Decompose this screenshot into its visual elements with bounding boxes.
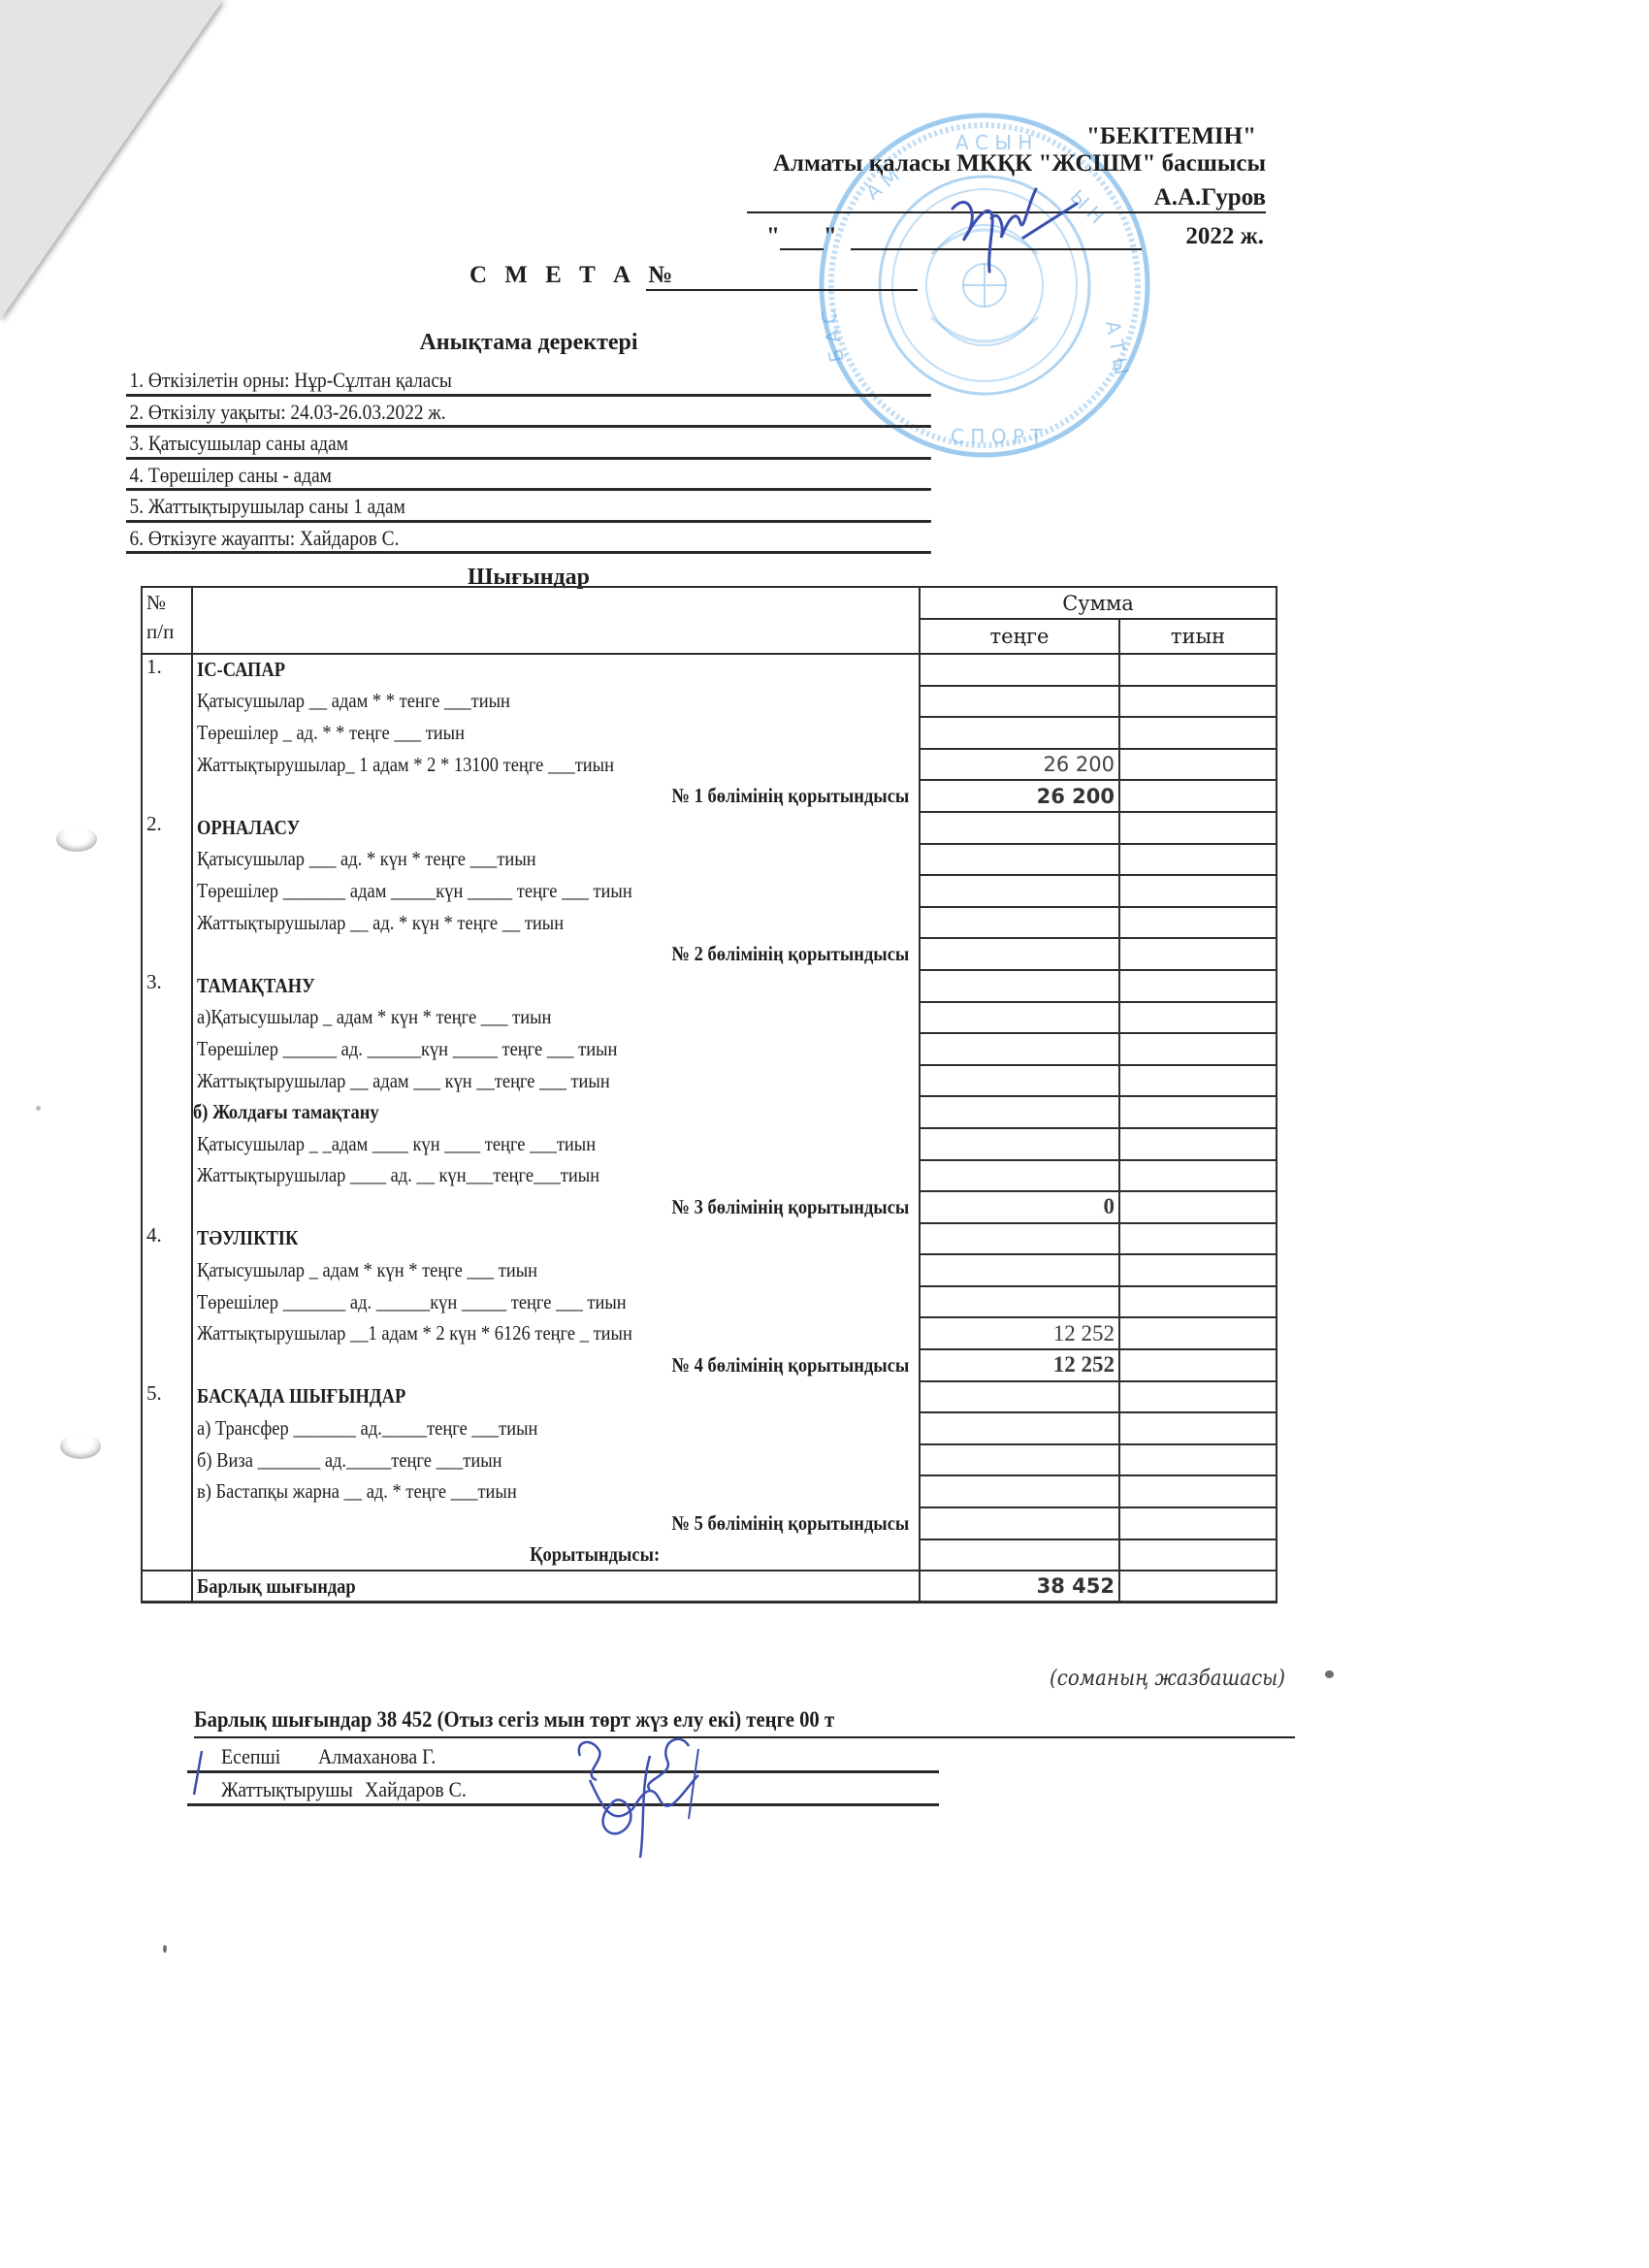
table-row: Төрешілер _______ адам _____күн _____ те… (142, 875, 1277, 907)
row-number: 2. (142, 812, 192, 844)
row-description: Жаттықтырушылар __ ад. * күн * теңге __ … (192, 907, 920, 939)
amount-tenge (920, 717, 1119, 749)
table-row: Жаттықтырушылар ____ ад. __ күн___теңге_… (142, 1160, 1277, 1192)
document-title: С М Е Т А № (469, 262, 678, 289)
table-row: Жаттықтырушылар __ ад. * күн * теңге __ … (142, 907, 1277, 939)
amount-tiyn (1119, 1286, 1277, 1318)
reference-item-coaches: 5. Жаттықтырушылар саны 1 адам (126, 491, 931, 523)
row-description: № 5 бөлімінің қорытындысы (192, 1507, 920, 1539)
signature-name: Хайдаров С. (365, 1777, 467, 1802)
reference-item-referees: 4. Төрешілер саны - адам (126, 460, 931, 492)
approval-director: А.А.Гуров (1154, 184, 1266, 211)
table-row: № 3 бөлімінің қорытындысы0 (142, 1191, 1277, 1223)
row-description: б) Виза _______ ад._____теңге ___тиын (192, 1444, 920, 1476)
row-description: ТӘУЛІКТІК (192, 1223, 920, 1255)
row-number: 3. (142, 970, 192, 1002)
table-row: Қатысушылар _ _адам ____ күн ____ теңге … (142, 1128, 1277, 1160)
amount-tenge (920, 844, 1119, 876)
approval-heading: "БЕКІТЕМІН" (1086, 119, 1256, 153)
amount-tiyn (1119, 1191, 1277, 1223)
date-quote-open: " (766, 223, 780, 250)
table-row: № 2 бөлімінің қорытындысы (142, 938, 1277, 970)
row-description: в) Бастапқы жарна __ ад. * теңге ___тиын (192, 1475, 920, 1507)
row-number (142, 1065, 192, 1097)
row-description: Төрешілер _______ адам _____күн _____ те… (192, 875, 920, 907)
grand-total-tenge: 38 452 (920, 1571, 1119, 1603)
row-description: № 3 бөлімінің қорытындысы (192, 1191, 920, 1223)
amount-tiyn (1119, 938, 1277, 970)
row-number (142, 1033, 192, 1065)
date-month-blank (851, 225, 1142, 250)
amount-tenge (920, 1065, 1119, 1097)
table-row: Жаттықтырушылар __ адам ___ күн __теңге … (142, 1065, 1277, 1097)
signature-role: Есепші (221, 1744, 280, 1769)
amount-tenge (920, 938, 1119, 970)
date-day-blank (780, 225, 824, 250)
reference-item-participants: 3. Қатысушылар саны адам (126, 428, 931, 460)
folded-page-corner (0, 0, 223, 320)
reference-item-place: 1. Өткізілетін орны: Нұр-Сұлтан қаласы (126, 365, 931, 397)
row-description: № 1 бөлімінің қорытындысы (192, 780, 920, 812)
table-row: Төрешілер ______ ад. ______күн _____ тең… (142, 1033, 1277, 1065)
amount-tiyn (1119, 780, 1277, 812)
amount-tiyn (1119, 1444, 1277, 1476)
amount-tiyn (1119, 1223, 1277, 1255)
signature-row-coach: Жаттықтырушы Хайдаров С. (187, 1775, 939, 1806)
amount-tenge (920, 1444, 1119, 1476)
table-row: б) Виза _______ ад._____теңге ___тиын (142, 1444, 1277, 1476)
header-sum: Сумма (920, 587, 1277, 619)
table-row: Төрешілер _______ ад. ______күн _____ те… (142, 1286, 1277, 1318)
table-row: Жаттықтырушылар __1 адам * 2 күн * 6126 … (142, 1317, 1277, 1349)
row-number (142, 1286, 192, 1318)
row-number (142, 1002, 192, 1034)
amount-tiyn (1119, 654, 1277, 686)
amount-tiyn (1119, 686, 1277, 718)
amount-tenge: 0 (920, 1191, 1119, 1223)
amount-tiyn (1119, 1475, 1277, 1507)
amount-tiyn (1119, 1349, 1277, 1381)
amount-tiyn (1119, 1128, 1277, 1160)
punch-hole-bottom (60, 1434, 101, 1459)
amount-tenge (920, 654, 1119, 686)
row-number (142, 938, 192, 970)
row-description: а)Қатысушылар _ адам * күн * теңге ___ т… (192, 1002, 920, 1034)
amount-tenge (920, 1507, 1119, 1539)
svg-text:С П О Р Т: С П О Р Т (951, 425, 1043, 448)
row-description: Қатысушылар __ адам * * тенге ___тиын (192, 686, 920, 718)
amount-tenge: 12 252 (920, 1317, 1119, 1349)
amount-in-words: Барлық шығындар 38 452 (Отыз сегіз мын т… (194, 1707, 1295, 1738)
row-number (142, 875, 192, 907)
table-row: 1.ІС-САПАР (142, 654, 1277, 686)
row-description: а) Трансфер _______ ад._____теңге ___тиы… (192, 1412, 920, 1444)
amount-tenge (920, 1160, 1119, 1192)
table-row: а) Трансфер _______ ад._____теңге ___тиы… (142, 1412, 1277, 1444)
row-number (142, 1444, 192, 1476)
row-description: Қатысушылар _ адам * күн * теңге ___ тиы… (192, 1254, 920, 1286)
row-description: Қорытындысы: (192, 1539, 920, 1571)
table-row: № 4 бөлімінің қорытындысы12 252 (142, 1349, 1277, 1381)
amount-tiyn (1119, 875, 1277, 907)
row-number (142, 1096, 192, 1128)
amount-tenge (920, 1475, 1119, 1507)
signature-name: Алмаханова Г. (318, 1744, 436, 1769)
amount-tiyn (1119, 1065, 1277, 1097)
table-row: Қатысушылар ___ ад. * күн * теңге ___тиы… (142, 844, 1277, 876)
row-description: Төрешілер _ ад. * * теңге ___ тиын (192, 717, 920, 749)
amount-tenge: 26 200 (920, 749, 1119, 781)
header-tiyn: тиын (1119, 619, 1277, 654)
amount-tenge (920, 812, 1119, 844)
table-row: 5.БАСҚАДА ШЫҒЫНДАР (142, 1381, 1277, 1413)
row-description: № 2 бөлімінің қорытындысы (192, 938, 920, 970)
table-row: Жаттықтырушылар_ 1 адам * 2 * 13100 теңг… (142, 749, 1277, 781)
reference-list: 1. Өткізілетін орны: Нұр-Сұлтан қаласы 2… (126, 365, 931, 554)
table-row: б) Жолдағы тамақтану (142, 1096, 1277, 1128)
row-number (142, 1349, 192, 1381)
amount-tenge (920, 1381, 1119, 1413)
row-number (142, 780, 192, 812)
table-header-row: №п/п Сумма (142, 587, 1277, 619)
scan-speck (36, 1106, 41, 1111)
amount-tenge (920, 1286, 1119, 1318)
row-description: ТАМАҚТАНУ (192, 970, 920, 1002)
approval-organization: Алматы қаласы МКҚК "ЖСШМ" басшысы (773, 150, 1266, 178)
table-row-grand-total: Барлық шығындар38 452 (142, 1571, 1277, 1603)
amount-tiyn (1119, 1381, 1277, 1413)
row-number (142, 1254, 192, 1286)
approval-year: 2022 ж. (1185, 223, 1264, 250)
approval-date-line: "" (766, 223, 1142, 250)
amount-tenge (920, 1128, 1119, 1160)
row-number: 1. (142, 654, 192, 686)
row-number (142, 1160, 192, 1192)
header-tenge: теңге (920, 619, 1119, 654)
amount-tenge (920, 1412, 1119, 1444)
svg-text:А Т Ы: А Т Ы (1101, 319, 1133, 377)
table-row: в) Бастапқы жарна __ ад. * теңге ___тиын (142, 1475, 1277, 1507)
row-description: ОРНАЛАСУ (192, 812, 920, 844)
row-number (142, 1571, 192, 1603)
amount-tiyn (1119, 1317, 1277, 1349)
table-row: Қорытындысы: (142, 1539, 1277, 1571)
table-row: Қатысушылар __ адам * * тенге ___тиын (142, 686, 1277, 718)
row-number (142, 1539, 192, 1571)
row-number (142, 1507, 192, 1539)
amount-tiyn (1119, 844, 1277, 876)
amount-tenge (920, 1223, 1119, 1255)
signature-row-accountant: Есепші Алмаханова Г. (187, 1742, 939, 1773)
amount-tenge (920, 1002, 1119, 1034)
date-quote-close: " (824, 223, 837, 250)
table-row: № 1 бөлімінің қорытындысы26 200 (142, 780, 1277, 812)
amount-tenge (920, 686, 1119, 718)
table-row: 3.ТАМАҚТАНУ (142, 970, 1277, 1002)
header-description (192, 587, 920, 654)
reference-item-responsible: 6. Өткізуге жауапты: Хайдаров С. (126, 523, 931, 555)
amount-tenge (920, 1033, 1119, 1065)
row-number (142, 844, 192, 876)
amount-tenge: 26 200 (920, 780, 1119, 812)
row-number (142, 717, 192, 749)
table-row: № 5 бөлімінің қорытындысы (142, 1507, 1277, 1539)
amount-tiyn (1119, 970, 1277, 1002)
amount-tenge (920, 907, 1119, 939)
table-row: а)Қатысушылар _ адам * күн * теңге ___ т… (142, 1002, 1277, 1034)
scan-speck (1325, 1670, 1334, 1678)
grand-total-label: Барлық шығындар (192, 1571, 920, 1603)
table-row: 4.ТӘУЛІКТІК (142, 1223, 1277, 1255)
amount-tenge (920, 1096, 1119, 1128)
row-description: Төрешілер ______ ад. ______күн _____ тең… (192, 1033, 920, 1065)
row-description: № 4 бөлімінің қорытындысы (192, 1349, 920, 1381)
amount-tiyn (1119, 1254, 1277, 1286)
amount-tiyn (1119, 1033, 1277, 1065)
amount-tenge (920, 970, 1119, 1002)
row-description: б) Жолдағы тамақтану (192, 1096, 920, 1128)
row-number (142, 1412, 192, 1444)
row-description: Жаттықтырушылар __ адам ___ күн __теңге … (192, 1065, 920, 1097)
amount-tiyn (1119, 717, 1277, 749)
amount-tiyn (1119, 1096, 1277, 1128)
table-row: Қатысушылар _ адам * күн * теңге ___ тиы… (142, 1254, 1277, 1286)
grand-total-tiyn (1119, 1571, 1277, 1603)
amount-tiyn (1119, 1507, 1277, 1539)
row-number (142, 1191, 192, 1223)
scan-speck (163, 1945, 167, 1953)
amount-words-caption: (соманың жазбашасы) (1050, 1667, 1285, 1691)
expenses-table: №п/п Сумма теңге тиын 1.ІС-САПАРҚатысушы… (141, 586, 1277, 1604)
row-description: Жаттықтырушылар ____ ад. __ күн___теңге_… (192, 1160, 920, 1192)
header-number: №п/п (142, 587, 192, 654)
punch-hole-top (56, 826, 97, 852)
amount-tiyn (1119, 1412, 1277, 1444)
amount-tenge (920, 875, 1119, 907)
row-description: Қатысушылар ___ ад. * күн * теңге ___тиы… (192, 844, 920, 876)
row-description: Жаттықтырушылар_ 1 адам * 2 * 13100 теңг… (192, 749, 920, 781)
row-number (142, 1317, 192, 1349)
amount-tiyn (1119, 812, 1277, 844)
amount-tenge: 12 252 (920, 1349, 1119, 1381)
row-description: БАСҚАДА ШЫҒЫНДАР (192, 1381, 920, 1413)
signature-role: Жаттықтырушы (221, 1777, 353, 1802)
amount-tiyn (1119, 1160, 1277, 1192)
row-number: 5. (142, 1381, 192, 1413)
reference-title: Анықтама деректері (116, 330, 941, 356)
amount-tenge (920, 1254, 1119, 1286)
table-row: Төрешілер _ ад. * * теңге ___ тиын (142, 717, 1277, 749)
row-number (142, 1475, 192, 1507)
row-description: Қатысушылар _ _адам ____ күн ____ теңге … (192, 1128, 920, 1160)
row-number (142, 749, 192, 781)
reference-item-dates: 2. Өткізілу уақыты: 24.03-26.03.2022 ж. (126, 397, 931, 429)
row-description: ІС-САПАР (192, 654, 920, 686)
row-number (142, 1128, 192, 1160)
row-number (142, 686, 192, 718)
row-number: 4. (142, 1223, 192, 1255)
amount-tenge (920, 1539, 1119, 1571)
row-number (142, 907, 192, 939)
row-description: Жаттықтырушылар __1 адам * 2 күн * 6126 … (192, 1317, 920, 1349)
document-number-blank (646, 289, 918, 291)
amount-tiyn (1119, 907, 1277, 939)
table-row: 2.ОРНАЛАСУ (142, 812, 1277, 844)
amount-tiyn (1119, 1002, 1277, 1034)
amount-tiyn (1119, 749, 1277, 781)
row-description: Төрешілер _______ ад. ______күн _____ те… (192, 1286, 920, 1318)
amount-tiyn (1119, 1539, 1277, 1571)
